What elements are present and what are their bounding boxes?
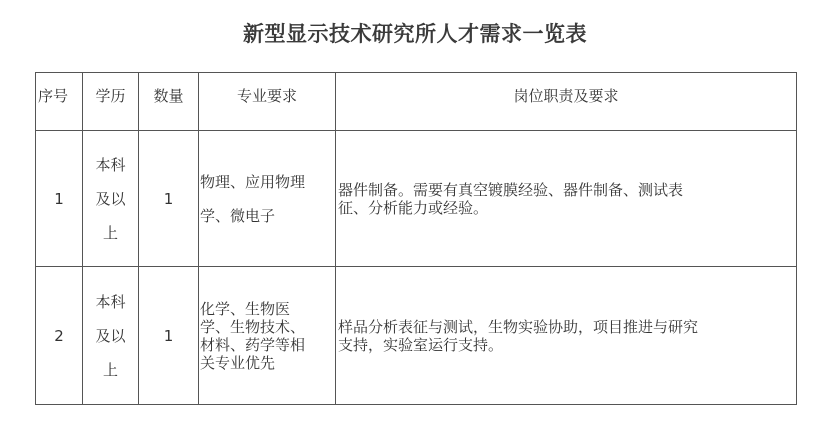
header-major: 专业要求 [199, 73, 336, 131]
table-row: 2 本科 及以 上 1 化学、生物医 学、生物技术、 材料、药学等相 关专业优先… [36, 267, 797, 405]
cell-major: 物理、应用物理 学、微电子 [199, 131, 336, 267]
cell-quantity: 1 [139, 267, 199, 405]
header-index: 序号 [36, 73, 83, 131]
page-title: 新型显示技术研究所人才需求一览表 [0, 18, 830, 48]
duties-line: 样品分析表征与测试，生物实验协助，项目推进与研究 [338, 318, 782, 336]
header-quantity: 数量 [139, 73, 199, 131]
education-line: 本科 [83, 148, 138, 182]
cell-index: 2 [36, 267, 83, 405]
duties-line: 支持，实验室运行支持。 [338, 336, 782, 354]
cell-quantity: 1 [139, 131, 199, 267]
major-line: 化学、生物医 [200, 300, 335, 318]
cell-major: 化学、生物医 学、生物技术、 材料、药学等相 关专业优先 [199, 267, 336, 405]
cell-duties: 器件制备。需要有真空镀膜经验、器件制备、测试表 征、分析能力或经验。 [336, 131, 797, 267]
major-line: 学、微电子 [200, 199, 335, 233]
table-row: 1 本科 及以 上 1 物理、应用物理 学、微电子 器件制备。需要有真空镀膜经验… [36, 131, 797, 267]
duties-line: 征、分析能力或经验。 [338, 199, 782, 217]
education-line: 及以 [83, 319, 138, 353]
education-line: 上 [83, 353, 138, 387]
education-line: 本科 [83, 285, 138, 319]
header-duties: 岗位职责及要求 [336, 73, 797, 131]
major-line: 材料、药学等相 [200, 336, 335, 354]
cell-education: 本科 及以 上 [83, 267, 139, 405]
education-line: 上 [83, 216, 138, 250]
cell-education: 本科 及以 上 [83, 131, 139, 267]
education-line: 及以 [83, 182, 138, 216]
cell-duties: 样品分析表征与测试，生物实验协助，项目推进与研究 支持，实验室运行支持。 [336, 267, 797, 405]
major-line: 物理、应用物理 [200, 165, 335, 199]
major-line: 学、生物技术、 [200, 318, 335, 336]
duties-line: 器件制备。需要有真空镀膜经验、器件制备、测试表 [338, 181, 782, 199]
header-education: 学历 [83, 73, 139, 131]
major-line: 关专业优先 [200, 354, 335, 372]
talent-demand-table: 序号 学历 数量 专业要求 岗位职责及要求 1 本科 及以 上 1 物理、应用物… [35, 72, 797, 405]
cell-index: 1 [36, 131, 83, 267]
table-header-row: 序号 学历 数量 专业要求 岗位职责及要求 [36, 73, 797, 131]
